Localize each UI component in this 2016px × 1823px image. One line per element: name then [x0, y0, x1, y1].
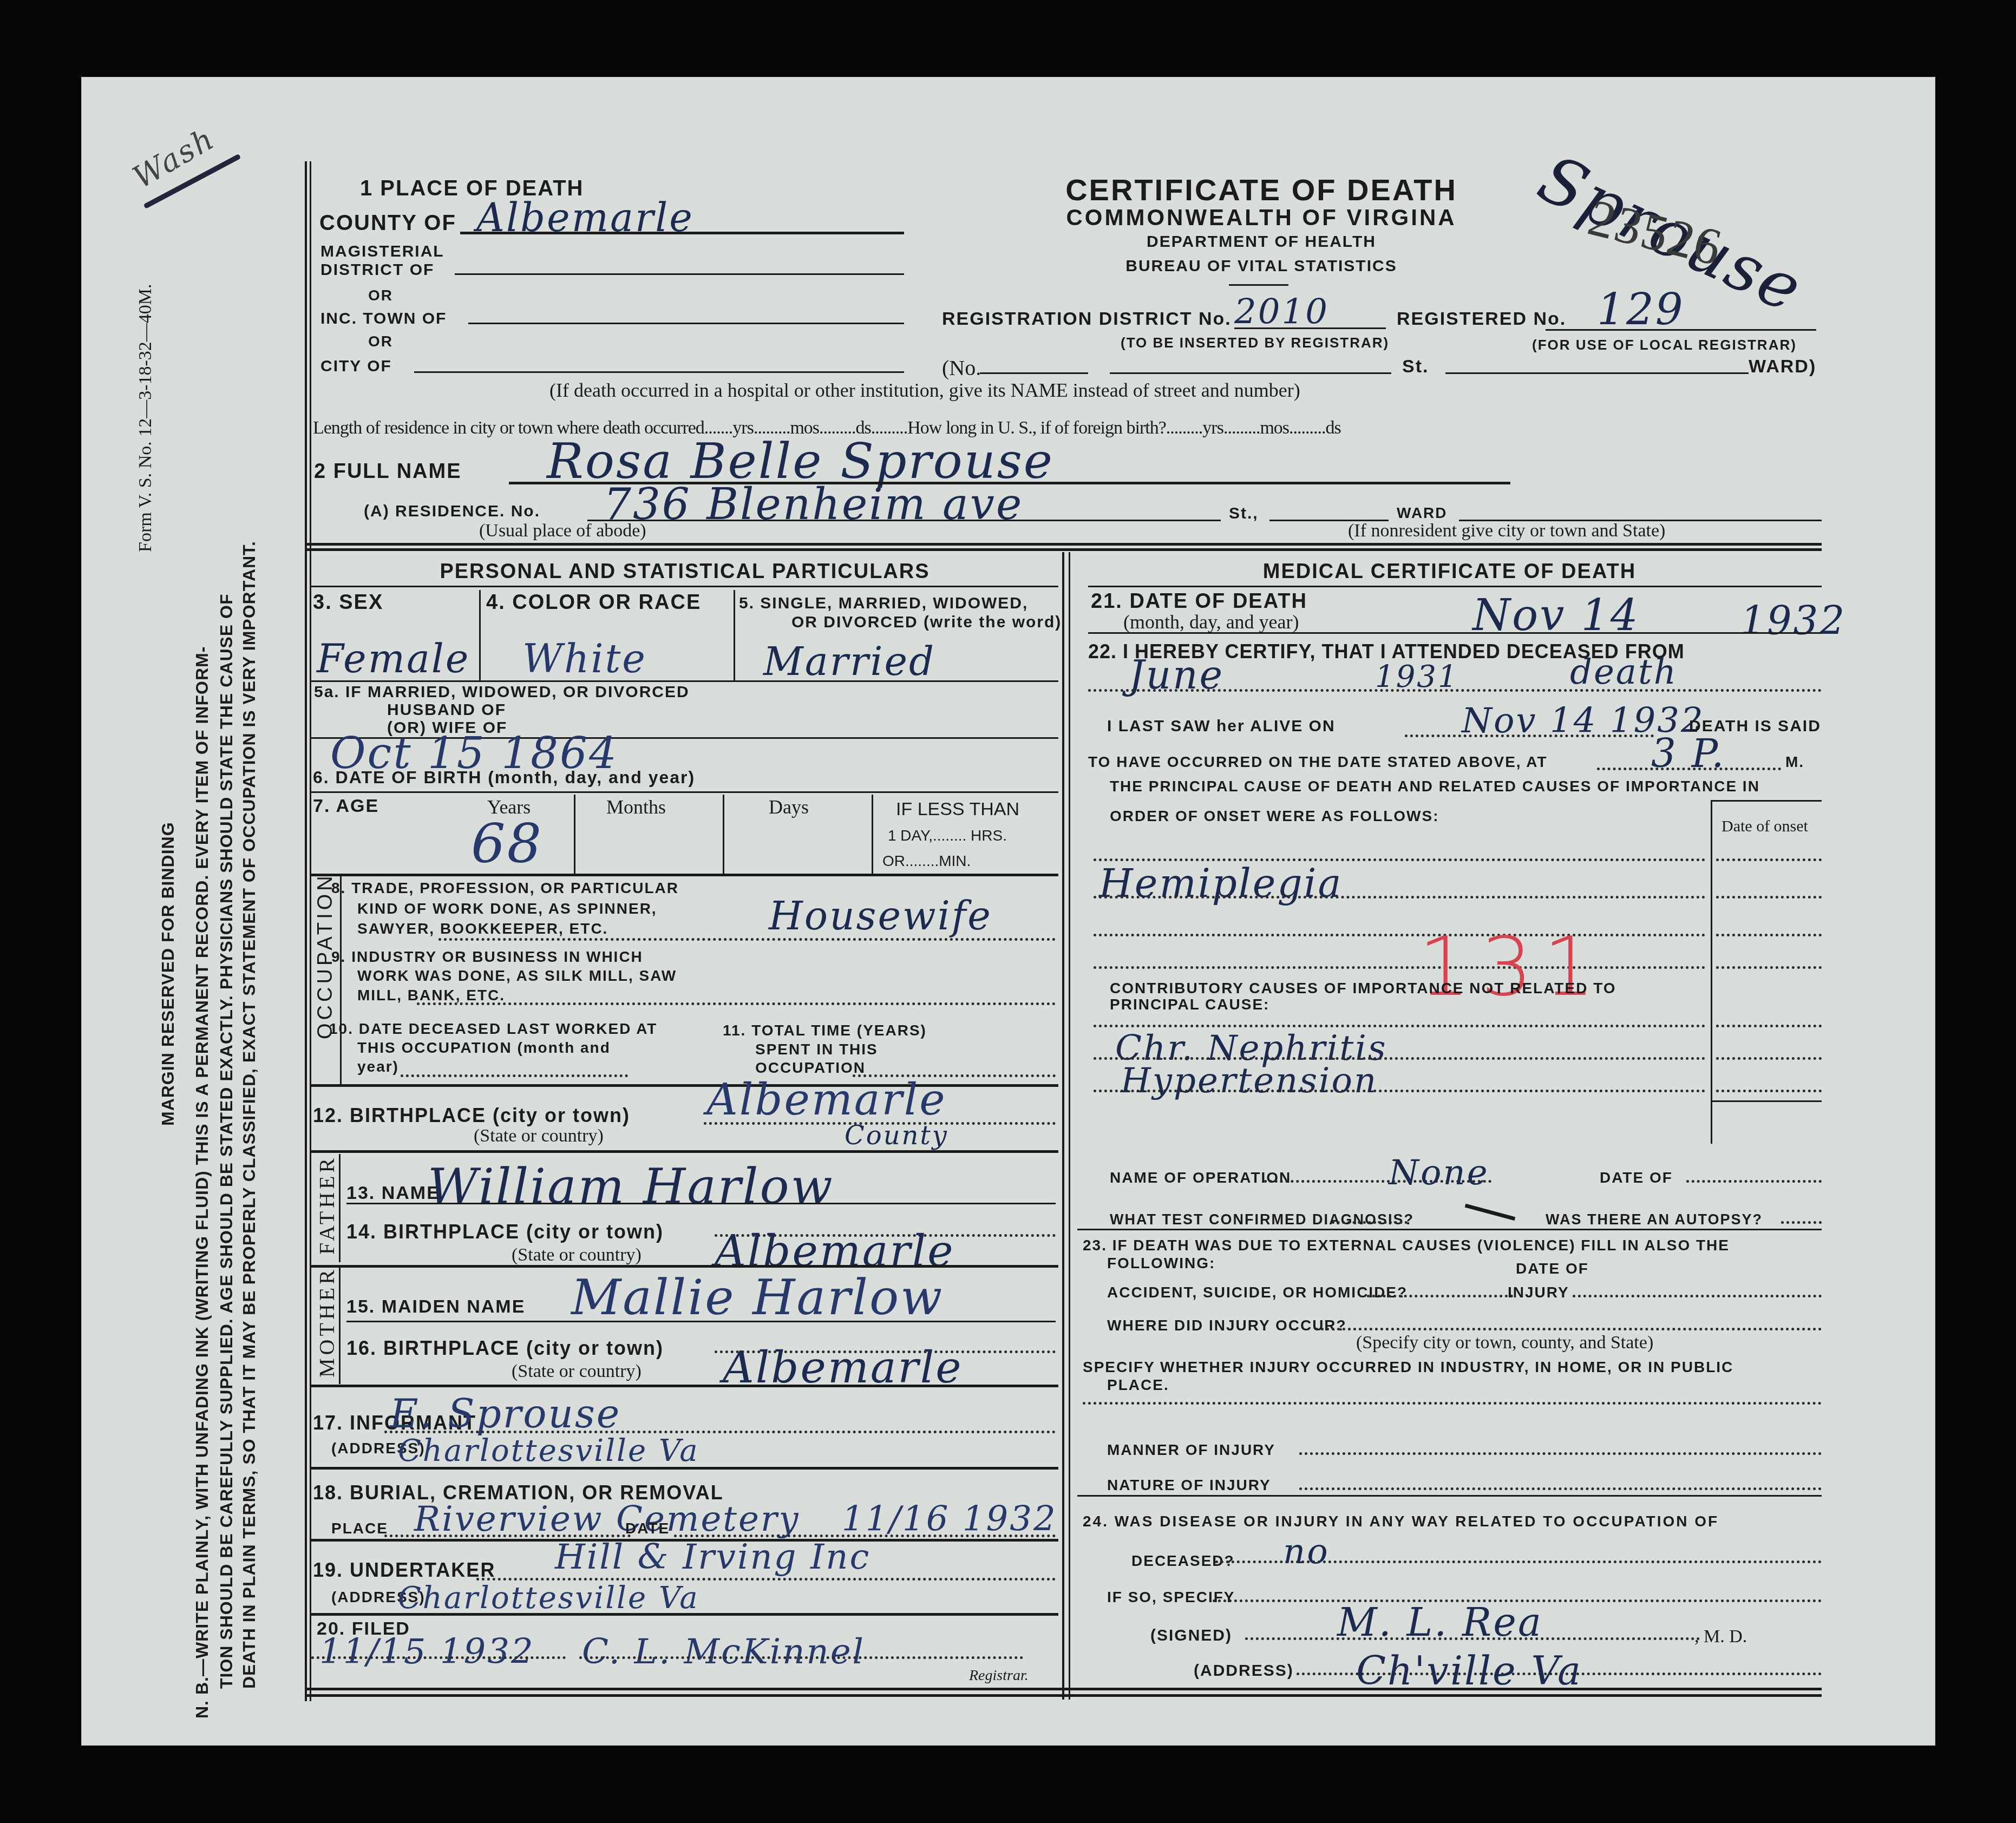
last-saw-label: I LAST SAW her ALIVE ON [1107, 717, 1336, 736]
residence-st-label: St., [1229, 504, 1259, 523]
cause-line-3 [1094, 934, 1705, 936]
operation-date-label: DATE OF [1600, 1169, 1673, 1186]
cause-line-2 [1094, 896, 1705, 899]
father-name-value: William Harlow [428, 1158, 834, 1215]
contributory-onset-line-1 [1716, 1025, 1822, 1027]
informant-divider [311, 1467, 1058, 1470]
or-label-2: OR [368, 333, 393, 350]
attended-line [1088, 689, 1822, 692]
trade-label-3: SAWYER, BOOKKEEPER, ETC. [357, 920, 608, 937]
onset-line-2 [1716, 896, 1822, 899]
time-of-death-value: 3 P. [1651, 731, 1725, 776]
age-months-label: Months [606, 796, 666, 818]
mother-name-value: Mallie Harlow [571, 1269, 944, 1326]
autopsy-label: WAS THERE AN AUTOPSY? [1546, 1211, 1763, 1228]
city-label: CITY OF [320, 357, 392, 376]
injury-line [1573, 1295, 1822, 1297]
injury-label: INJURY [1508, 1284, 1569, 1301]
specify-label-2: PLACE. [1107, 1376, 1169, 1394]
residence-ward-label: WARD [1397, 504, 1448, 522]
cause-line-4 [1094, 966, 1705, 969]
full-name-label: 2 FULL NAME [314, 460, 462, 483]
father-name-line [346, 1203, 1056, 1204]
residence-value: 736 Blenheim ave [604, 479, 1023, 529]
last-worked-label-3: year) [357, 1058, 399, 1076]
district-of-label: DISTRICT OF [320, 261, 434, 279]
father-name-label: 13. NAME [346, 1183, 440, 1204]
signed-label: (SIGNED) [1150, 1627, 1232, 1645]
physician-address-value: Ch'ville Va [1356, 1648, 1582, 1694]
test-line [1332, 1221, 1408, 1224]
burial-place-value: Riverview Cemetery [414, 1499, 800, 1539]
mother-birthplace-state-label: (State or country) [512, 1361, 642, 1382]
informant-value: E. Sprouse [390, 1391, 621, 1437]
or-label-1: OR [368, 287, 393, 304]
total-time-label-2: SPENT IN THIS [755, 1041, 878, 1058]
bottom-rule-1 [306, 1688, 1822, 1690]
trade-label-1: 8. TRADE, PROFESSION, OR PARTICULAR [331, 880, 679, 897]
column-divider-left [1062, 552, 1064, 1700]
md-label: , M. D. [1694, 1627, 1747, 1647]
sex-value: Female [317, 636, 470, 681]
father-birthplace-state-label: (State or country) [512, 1245, 642, 1265]
undertaker-value: Hill & Irving Inc [555, 1537, 870, 1577]
undertaker-divider [311, 1613, 1058, 1616]
age-years-value: 68 [471, 812, 543, 875]
mother-side-label: MOTHER [314, 1267, 339, 1378]
header-divider [1229, 284, 1288, 286]
registrar-label: Registrar. [969, 1667, 1029, 1684]
frame-left [305, 161, 307, 1701]
contributory-label-2: PRINCIPAL CAUSE: [1110, 996, 1269, 1013]
age-line [311, 874, 1058, 876]
onset-header: Date of onset [1722, 817, 1808, 836]
contributory-label-1: CONTRIBUTORY CAUSES OF IMPORTANCE NOT RE… [1110, 980, 1616, 997]
personal-header-line [311, 586, 1058, 587]
nonresident-note: (If nonresident give city or town and St… [1348, 521, 1665, 541]
county-line [460, 232, 904, 234]
contributory-onset-line-2 [1716, 1057, 1822, 1060]
operation-value: None [1389, 1153, 1489, 1193]
autopsy-line [1781, 1221, 1822, 1224]
nb-line-2: TION SHOULD BE CAREFULLY SUPPLIED. AGE S… [217, 593, 237, 1689]
autopsy-divider [1077, 1229, 1822, 1230]
no-label: (No. [942, 355, 981, 381]
last-saw-line [1405, 735, 1654, 737]
hospital-note: (If death occurred in a hospital or othe… [549, 379, 1300, 402]
contributory-onset-line-3 [1716, 1090, 1822, 1092]
abode-note: (Usual place of abode) [479, 521, 646, 541]
age-years-divider [574, 795, 575, 876]
contributory-line-3 [1094, 1090, 1705, 1092]
row-3-line [311, 680, 1058, 682]
filed-date-line [311, 1656, 566, 1659]
bureau-title: Bureau of Vital Statistics [947, 257, 1575, 276]
date-of-death-label: 21. DATE OF DEATH [1091, 590, 1307, 613]
filed-registrar-value: C. L. McKinnel [582, 1632, 865, 1672]
st-label: St. [1402, 356, 1429, 377]
race-label: 4. COLOR OR RACE [486, 591, 701, 614]
registered-number-label: REGISTERED No. [1397, 309, 1566, 330]
onset-column-bottom [1711, 1100, 1822, 1102]
occupation-related-value: no [1283, 1532, 1330, 1572]
m-label: M. [1785, 753, 1804, 771]
external-label-1: 23. IF DEATH WAS DUE TO EXTERNAL CAUSES … [1083, 1237, 1730, 1254]
age-label: 7. AGE [313, 796, 379, 817]
occupation-side-divider [340, 876, 342, 1084]
mother-birthplace-label: 16. BIRTHPLACE (city or town) [346, 1337, 664, 1360]
county-label: COUNTY OF [319, 211, 456, 235]
total-time-label-1: 11. TOTAL TIME (YEARS) [723, 1022, 927, 1039]
nature-divider [1077, 1495, 1822, 1497]
principal-cause-label-1: THE PRINCIPAL CAUSE OF DEATH AND RELATED… [1110, 778, 1760, 795]
column-divider-right [1069, 552, 1070, 1700]
district-line [455, 273, 904, 275]
birthplace-divider [311, 1150, 1058, 1153]
registration-district-value: 2010 [1234, 292, 1329, 332]
less-than-label-2: 1 DAY,........ HRS. [888, 827, 1007, 844]
filed-registrar-line [579, 1656, 1023, 1659]
father-side-label: FATHER [314, 1155, 339, 1255]
attended-to-value: death [1570, 652, 1678, 692]
magisterial-label: MAGISTERIAL [320, 242, 444, 261]
undertaker-address-value: Charlottesville Va [398, 1581, 699, 1616]
last-worked-label-1: 10. DATE DECEASED LAST WORKED AT [329, 1020, 657, 1038]
inc-town-label: INC. TOWN OF [320, 310, 447, 328]
section-divider-top-1 [306, 543, 1822, 546]
undertaker-label: 19. UNDERTAKER [313, 1559, 495, 1582]
onset-column-divider [1711, 800, 1712, 1144]
race-value: White [522, 636, 647, 681]
city-line [414, 371, 904, 373]
trade-label-2: KIND OF WORK DONE, AS SPINNER, [357, 900, 657, 917]
signed-value: M. L. Rea [1337, 1599, 1543, 1645]
marital-label-2: OR DIVORCED (write the word) [791, 613, 1062, 632]
mother-name-line [346, 1321, 1056, 1322]
occupation-related-label-1: 24. WAS DISEASE OR INJURY IN ANY WAY REL… [1083, 1513, 1719, 1530]
industry-line [417, 1002, 1056, 1005]
birthplace-value: Albemarle [706, 1074, 947, 1125]
burial-date-label: DATE [625, 1520, 670, 1537]
industry-label-2: WORK WAS DONE, AS SILK MILL, SAW [357, 967, 677, 985]
nature-line [1299, 1487, 1822, 1490]
birthplace-value-2: County [845, 1120, 948, 1151]
birthplace-state-label: (State or country) [474, 1126, 604, 1146]
personal-header: PERSONAL AND STATISTICAL PARTICULARS [311, 560, 1058, 583]
accident-line [1367, 1295, 1513, 1297]
medical-header-line [1088, 586, 1822, 587]
date-of-death-line [1088, 632, 1822, 634]
sex-race-divider [479, 590, 481, 682]
specify-line [1083, 1402, 1822, 1405]
inc-town-line [468, 323, 904, 324]
specify-label-1: SPECIFY WHETHER INJURY OCCURRED IN INDUS… [1083, 1359, 1733, 1376]
age-months-divider [723, 795, 724, 876]
frame-left-inner [310, 161, 311, 1701]
industry-label-1: 9. INDUSTRY OR BUSINESS IN WHICH [331, 948, 643, 966]
operation-label: NAME OF OPERATION [1110, 1169, 1291, 1186]
spouse-label-1: 5a. IF MARRIED, WIDOWED, OR DIVORCED [314, 683, 690, 701]
nature-label: NATURE OF INJURY [1107, 1477, 1271, 1494]
residence-line [587, 520, 1221, 521]
less-than-label-1: IF LESS THAN [896, 799, 1019, 820]
accident-label: ACCIDENT, SUICIDE, OR HOMICIDE? [1107, 1284, 1408, 1301]
external-label-2: FOLLOWING: [1107, 1255, 1215, 1272]
ward-label: WARD) [1749, 356, 1816, 377]
informant-address-value: Charlottesville Va [398, 1433, 699, 1468]
commonwealth-title: Commonwealth of Virgina [947, 205, 1575, 231]
binding-note: MARGIN RESERVED FOR BINDING [158, 822, 178, 1126]
mother-name-label: 15. MAIDEN NAME [346, 1296, 525, 1317]
marital-value: Married [763, 639, 935, 684]
contributory-cause-2: Hypertension [1121, 1061, 1378, 1101]
father-divider [311, 1265, 1058, 1268]
occurred-label: TO HAVE OCCURRED ON THE DATE STATED ABOV… [1088, 753, 1548, 771]
bottom-rule-2 [306, 1694, 1822, 1697]
residence-label: (A) RESIDENCE. No. [364, 502, 540, 521]
injury-date-label: DATE OF [1516, 1260, 1589, 1277]
physician-address-label: (ADDRESS) [1194, 1662, 1294, 1680]
onset-line-1 [1716, 858, 1822, 861]
registration-district-note: (TO BE INSERTED BY REGISTRAR) [1121, 335, 1389, 351]
form-number: Form V. S. No. 12—3-18-32—40M. [135, 284, 156, 552]
dob-line [311, 791, 1058, 793]
registered-number-value: 129 [1597, 284, 1685, 335]
onset-line-3 [1716, 934, 1822, 936]
burial-date-value: 11/16 1932 [842, 1499, 1057, 1539]
dob-label: 6. DATE OF BIRTH (month, day, and year) [313, 768, 695, 788]
marital-label-1: 5. SINGLE, MARRIED, WIDOWED, [739, 594, 1028, 613]
last-worked-line [401, 1074, 628, 1077]
age-days-label: Days [769, 796, 809, 818]
operation-date-line [1686, 1180, 1822, 1183]
registered-number-note: (FOR USE OF LOCAL REGISTRAR) [1532, 337, 1797, 353]
date-of-death-sublabel: (month, day, and year) [1123, 611, 1299, 633]
test-label: WHAT TEST CONFIRMED DIAGNOSIS? [1110, 1211, 1414, 1228]
date-of-death-year: 1932 [1740, 598, 1846, 644]
street-line [1110, 372, 1391, 374]
section-divider-top-2 [306, 548, 1822, 551]
spouse-label-2: HUSBAND OF [387, 701, 506, 719]
onset-header-top [1711, 800, 1822, 802]
onset-line-4 [1716, 966, 1822, 969]
sex-label: 3. SEX [313, 591, 383, 614]
contributory-line-2 [1094, 1057, 1705, 1060]
registration-district-line [1234, 327, 1386, 329]
manner-line [1299, 1452, 1822, 1455]
registration-district-label: REGISTRATION DISTRICT No. [942, 309, 1232, 330]
trade-value: Housewife [769, 893, 992, 939]
race-marital-divider [734, 590, 735, 682]
department-title: Department of Health [947, 233, 1575, 251]
father-birthplace-label: 14. BIRTHPLACE (city or town) [346, 1221, 664, 1243]
where-injury-note: (Specify city or town, county, and State… [1356, 1333, 1653, 1353]
mother-divider [311, 1385, 1058, 1387]
nb-line-1: N. B.—WRITE PLAINLY, WITH UNFADING INK (… [192, 646, 212, 1719]
age-days-divider [872, 795, 873, 876]
medical-header: MEDICAL CERTIFICATE OF DEATH [1077, 560, 1822, 583]
contributory-line-1 [1094, 1025, 1705, 1027]
where-injury-label: WHERE DID INJURY OCCUR? [1107, 1317, 1347, 1334]
industry-label-3: MILL, BANK, ETC. [357, 987, 505, 1004]
registered-number-line [1546, 329, 1816, 331]
filed-date-value: 11/15 1932 [319, 1632, 535, 1672]
no-line [980, 372, 1088, 374]
certificate-title: Certificate of Death [947, 172, 1575, 207]
burial-place-label: PLACE [331, 1520, 388, 1537]
last-worked-label-2: THIS OCCUPATION (month and [357, 1039, 611, 1057]
principal-cause-value: Hemiplegia [1099, 861, 1343, 906]
principal-cause-label-2: ORDER OF ONSET WERE AS FOLLOWS: [1110, 808, 1439, 825]
red-code: 131 [1418, 920, 1606, 1014]
where-injury-line [1315, 1328, 1822, 1330]
manner-label: MANNER OF INJURY [1107, 1441, 1275, 1459]
less-than-label-3: OR........MIN. [882, 853, 971, 870]
birthplace-label: 12. BIRTHPLACE (city or town) [313, 1104, 630, 1127]
ward-line [1445, 372, 1749, 374]
nb-line-3: DEATH IN PLAIN TERMS, SO THAT IT MAY BE … [239, 541, 259, 1689]
if-so-label: IF SO, SPECIFY [1107, 1589, 1235, 1606]
